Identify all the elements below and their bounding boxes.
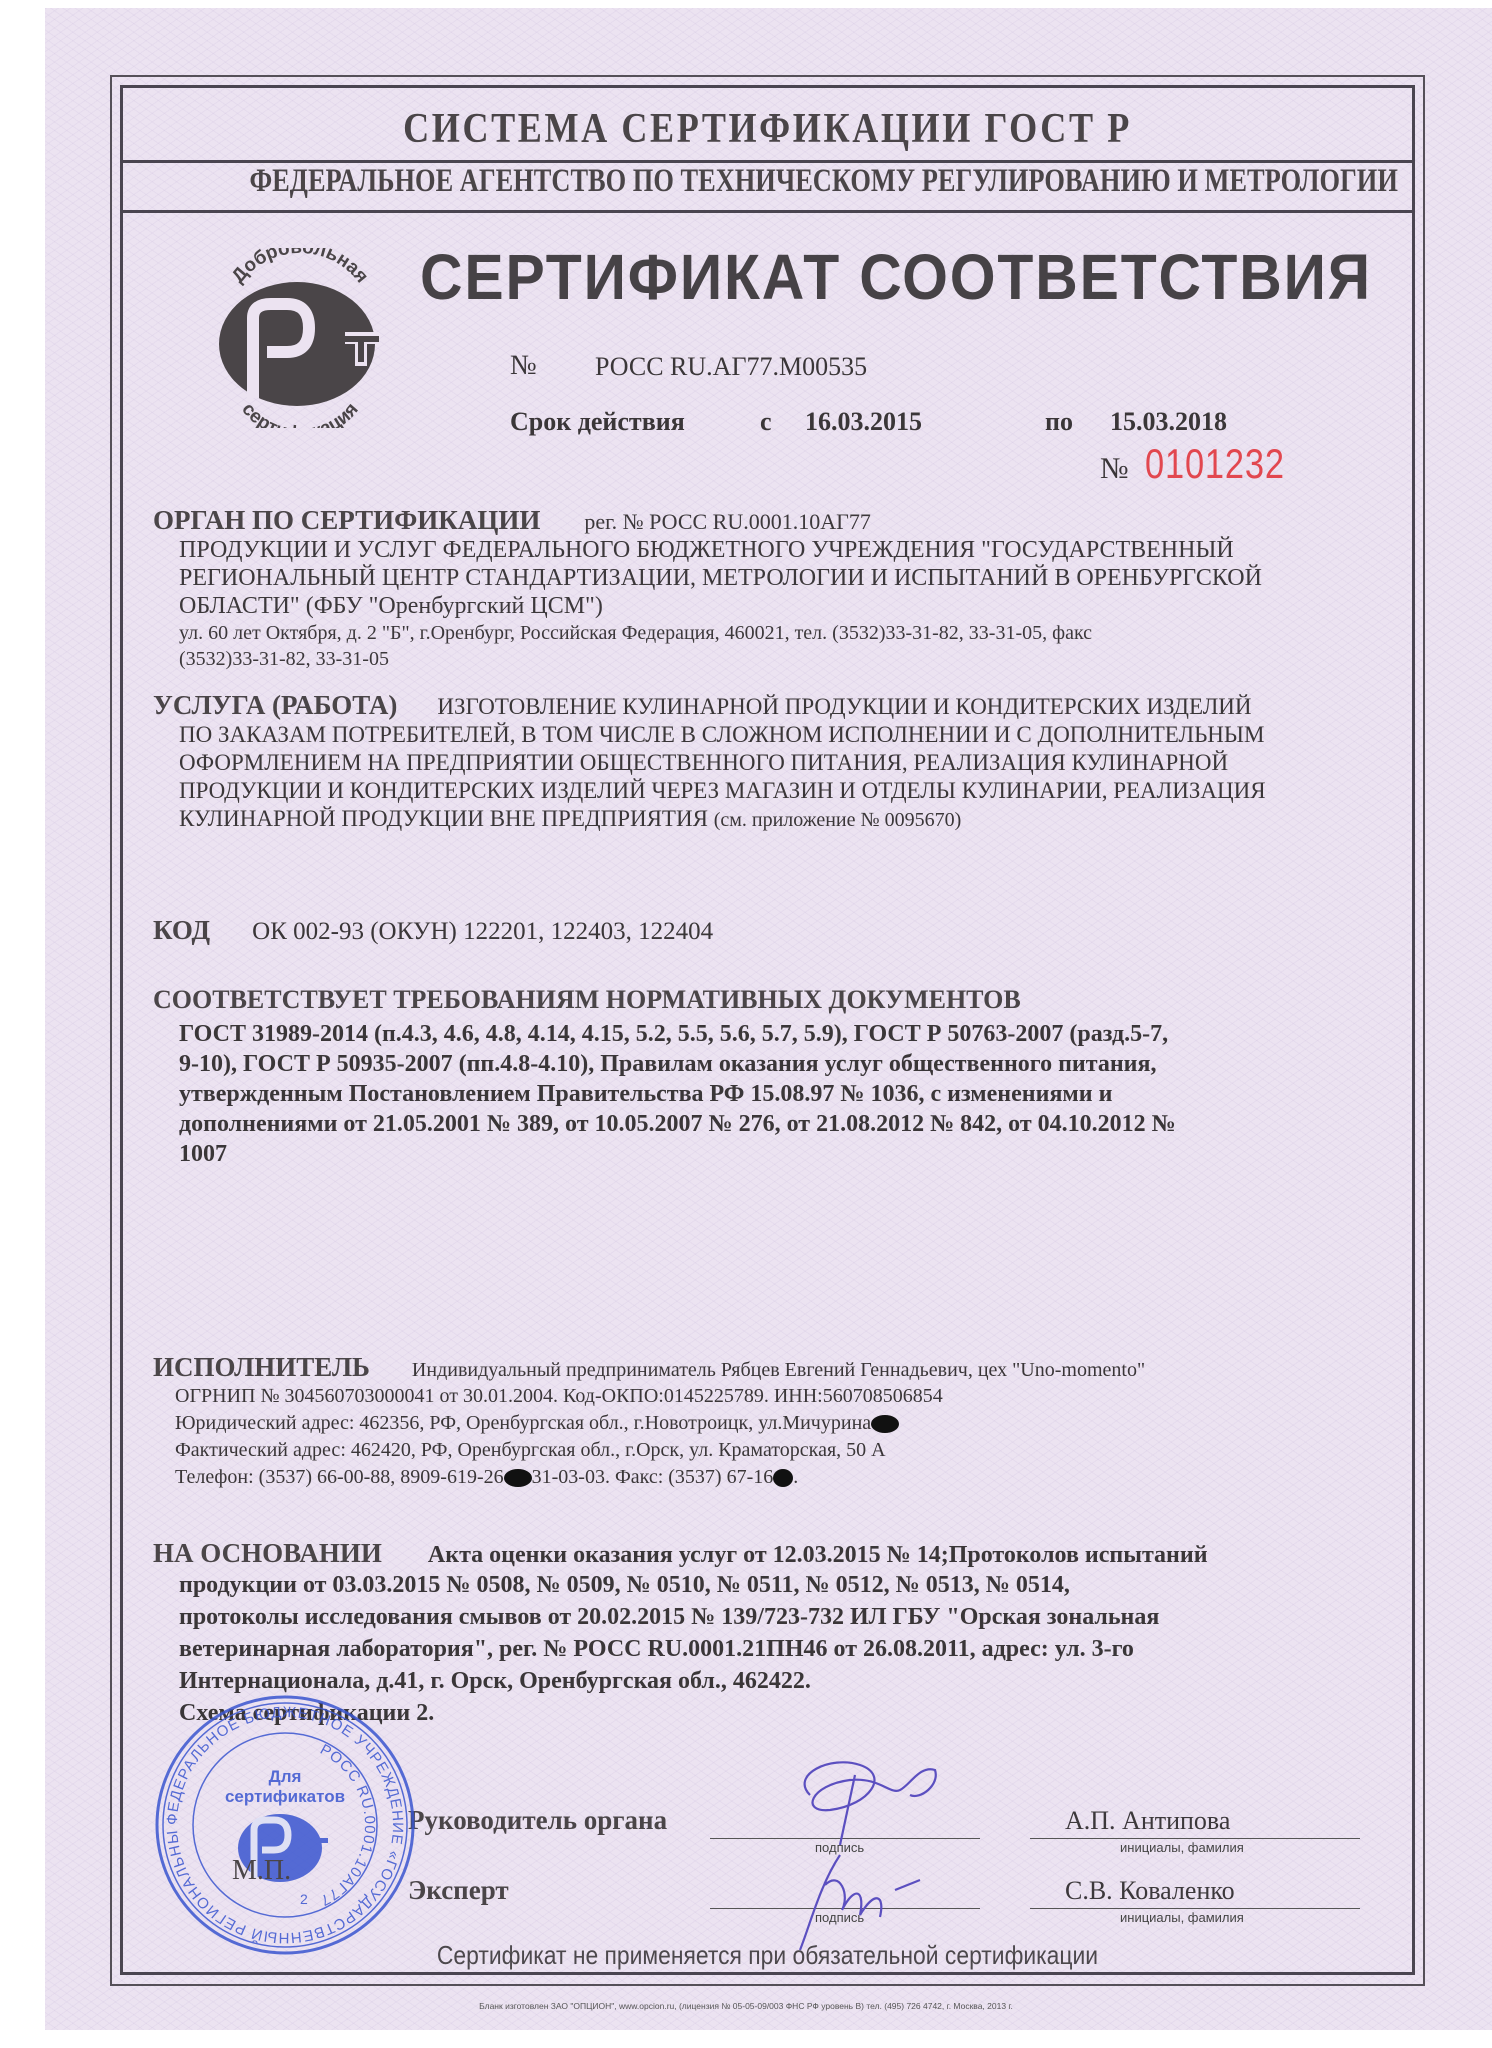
- compliance-line: дополнениями от 21.05.2001 № 389, от 10.…: [179, 1109, 1176, 1139]
- certification-body-fax: (3532)33-31-82, 33-31-05: [179, 646, 1262, 672]
- official-seal-stamp-icon: ФЕДЕРАЛЬНОЕ БЮДЖЕТНОЕ УЧРЕЖДЕНИЕ «ГОСУДА…: [150, 1690, 420, 1960]
- compliance-line: утвержденным Постановлением Правительств…: [179, 1079, 1176, 1109]
- printer-imprint: Бланк изготовлен ЗАО "ОПЦИОН", www.opcio…: [0, 2001, 1492, 2011]
- head-name: А.П. Антипова: [1065, 1806, 1230, 1836]
- validity-to-label: по: [1045, 407, 1073, 437]
- performer-name: Индивидуальный предприниматель Рябцев Ев…: [412, 1359, 1145, 1381]
- code-value: ОК 002-93 (ОКУН) 122201, 122403, 122404: [252, 918, 713, 945]
- footer-note: Сертификат не применяется при обязательн…: [198, 1940, 1338, 1971]
- seal-place-label: М.П.: [232, 1855, 291, 1887]
- stamp-number: 2: [300, 1891, 308, 1907]
- logo-top-text: Добровольная: [228, 248, 373, 287]
- service-line: ПО ЗАКАЗАМ ПОТРЕБИТЕЛЕЙ, В ТОМ ЧИСЛЕ В С…: [179, 721, 1266, 749]
- service-line: ПРОДУКЦИИ И КОНДИТЕРСКИХ ИЗДЕЛИЙ ЧЕРЕЗ М…: [179, 777, 1266, 805]
- performer-ogrnip: ОГРНИП № 304560703000041 от 30.01.2004. …: [175, 1383, 1145, 1410]
- stamp-center-mid: сертификатов: [225, 1787, 345, 1806]
- stamp-center-top: Для: [269, 1767, 302, 1786]
- certification-body-reg: рег. № РОСС RU.0001.10АГ77: [584, 509, 870, 534]
- performer-section: ИСПОЛНИТЕЛЬ Индивидуальный предпринимате…: [153, 1352, 1145, 1491]
- certification-body-line: ПРОДУКЦИИ И УСЛУГ ФЕДЕРАЛЬНОГО БЮДЖЕТНОГ…: [179, 536, 1262, 564]
- code-section: КОД ОК 002-93 (ОКУН) 122201, 122403, 122…: [153, 915, 713, 946]
- serial-number-label: №: [1100, 452, 1129, 486]
- redaction-mark: [504, 1469, 532, 1487]
- basis-line: ветеринарная лаборатория", рег. № РОСС R…: [179, 1633, 1208, 1665]
- validity-date-to: 15.03.2018: [1110, 407, 1227, 437]
- head-name-caption: инициалы, фамилия: [1120, 1840, 1244, 1855]
- service-first-line: ИЗГОТОВЛЕНИЕ КУЛИНАРНОЙ ПРОДУКЦИИ И КОНД…: [437, 694, 1251, 719]
- system-title: СИСТЕМА СЕРТИФИКАЦИИ ГОСТ Р: [211, 105, 1325, 153]
- certification-body-line: ОБЛАСТИ" (ФБУ "Оренбургский ЦСМ"): [179, 592, 1262, 620]
- head-name-line: [1030, 1838, 1360, 1839]
- svg-text:РОСС RU.0001.10АГ77: РОСС RU.0001.10АГ77: [317, 1741, 378, 1909]
- agency-name: ФЕДЕРАЛЬНОЕ АГЕНТСТВО ПО ТЕХНИЧЕСКОМУ РЕ…: [250, 163, 1286, 200]
- serial-number: 0101232: [1145, 440, 1285, 488]
- svg-text:Добровольная: Добровольная: [228, 248, 373, 287]
- service-section: УСЛУГА (РАБОТА) ИЗГОТОВЛЕНИЕ КУЛИНАРНОЙ …: [153, 690, 1266, 834]
- header-divider-bottom: [120, 210, 1415, 213]
- basis-line: протоколы исследования смывов от 20.02.2…: [179, 1601, 1208, 1633]
- certification-body-line: РЕГИОНАЛЬНЫЙ ЦЕНТР СТАНДАРТИЗАЦИИ, МЕТРО…: [179, 564, 1262, 592]
- service-last-line: КУЛИНАРНОЙ ПРОДУКЦИИ ВНЕ ПРЕДПРИЯТИЯ: [179, 806, 708, 831]
- compliance-section: СООТВЕТСТВУЕТ ТРЕБОВАНИЯМ НОРМАТИВНЫХ ДО…: [153, 985, 1176, 1169]
- certificate-number-label: №: [510, 350, 537, 382]
- performer-actual-address: Фактический адрес: 462420, РФ, Оренбургс…: [175, 1437, 1145, 1464]
- validity-date-from: 16.03.2015: [805, 407, 922, 437]
- performer-label: ИСПОЛНИТЕЛЬ: [153, 1352, 370, 1382]
- compliance-line: 9-10), ГОСТ Р 50935-2007 (пп.4.8-4.10), …: [179, 1049, 1176, 1079]
- head-of-body-label: Руководитель органа: [408, 1805, 667, 1836]
- performer-phone-end: .: [793, 1466, 798, 1488]
- redaction-mark: [773, 1469, 793, 1487]
- certification-body-label: ОРГАН ПО СЕРТИФИКАЦИИ: [153, 505, 540, 535]
- rst-logo-icon: Добровольная сертификация: [205, 248, 390, 428]
- validity-label: Срок действия: [510, 407, 685, 437]
- performer-fax: 31-03-03. Факс: (3537) 67-16: [532, 1466, 774, 1488]
- certificate-title: СЕРТИФИКАТ СООТВЕТСТВИЯ: [420, 240, 1372, 314]
- expert-name: С.В. Коваленко: [1065, 1876, 1235, 1906]
- performer-legal-address: Юридический адрес: 462356, РФ, Оренбургс…: [175, 1412, 871, 1434]
- validity-from-label: с: [760, 407, 772, 437]
- expert-name-caption: инициалы, фамилия: [1120, 1910, 1244, 1925]
- basis-label: НА ОСНОВАНИИ: [153, 1538, 382, 1568]
- redaction-mark: [871, 1415, 899, 1433]
- certification-body-address: ул. 60 лет Октября, д. 2 "Б", г.Оренбург…: [179, 620, 1262, 646]
- service-appendix: (см. приложение № 0095670): [714, 809, 962, 831]
- head-signature-icon: [770, 1745, 950, 1855]
- certification-body-section: ОРГАН ПО СЕРТИФИКАЦИИ рег. № РОСС RU.000…: [153, 505, 1262, 672]
- performer-phone: Телефон: (3537) 66-00-88, 8909-619-26: [175, 1466, 504, 1488]
- expert-label: Эксперт: [408, 1875, 509, 1906]
- stamp-reg-text: РОСС RU.0001.10АГ77: [317, 1741, 378, 1909]
- compliance-line: 1007: [179, 1139, 1176, 1169]
- compliance-line: ГОСТ 31989-2014 (п.4.3, 4.6, 4.8, 4.14, …: [179, 1019, 1176, 1049]
- expert-signature-icon: [780, 1845, 940, 1955]
- service-line: ОФОРМЛЕНИЕМ НА ПРЕДПРИЯТИИ ОБЩЕСТВЕННОГО…: [179, 749, 1266, 777]
- code-label: КОД: [153, 915, 210, 945]
- compliance-label: СООТВЕТСТВУЕТ ТРЕБОВАНИЯМ НОРМАТИВНЫХ ДО…: [153, 985, 1176, 1015]
- basis-first-line: Акта оценки оказания услуг от 12.03.2015…: [428, 1542, 1208, 1568]
- basis-line: продукции от 03.03.2015 № 0508, № 0509, …: [179, 1569, 1208, 1601]
- certificate-number: РОСС RU.АГ77.М00535: [595, 352, 867, 382]
- expert-name-line: [1030, 1908, 1360, 1909]
- service-label: УСЛУГА (РАБОТА): [153, 690, 397, 720]
